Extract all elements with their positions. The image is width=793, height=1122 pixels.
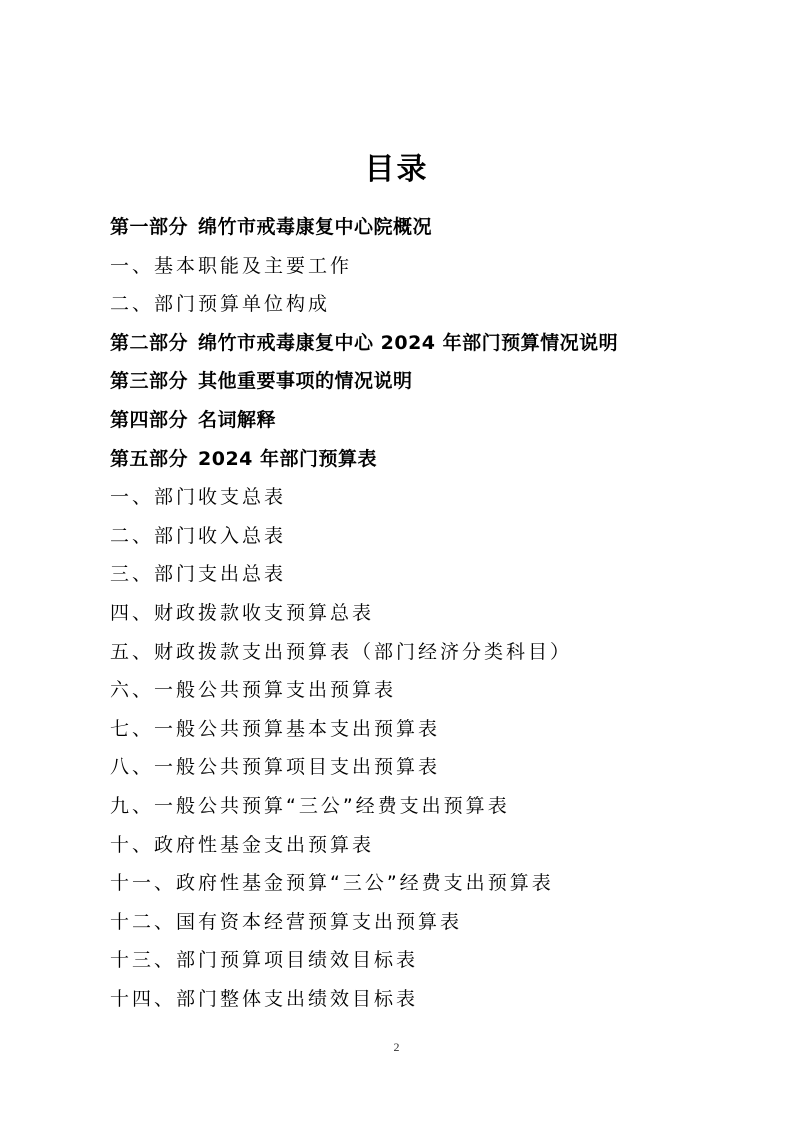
toc-entry-part-5: 第五部分2024 年部门预算表 [110, 440, 730, 479]
toc-part-label: 第三部分 [110, 370, 188, 392]
toc-entry: 二、部门预算单位构成 [110, 285, 730, 324]
toc-entry-text: 2024 年部门预算表 [198, 448, 377, 470]
toc-entry: 六、一般公共预算支出预算表 [110, 671, 730, 710]
table-of-contents: 第一部分绵竹市戒毒康复中心院概况 一、基本职能及主要工作 二、部门预算单位构成 … [110, 208, 730, 1018]
page-number: 2 [0, 1040, 793, 1055]
toc-entry: 八、一般公共预算项目支出预算表 [110, 748, 730, 787]
toc-entry: 十、政府性基金支出预算表 [110, 826, 730, 865]
toc-part-label: 第二部分 [110, 332, 188, 354]
toc-entry: 十三、部门预算项目绩效目标表 [110, 941, 730, 980]
toc-part-label: 第四部分 [110, 409, 188, 431]
toc-entry: 四、财政拨款收支预算总表 [110, 594, 730, 633]
toc-entry: 九、一般公共预算“三公”经费支出预算表 [110, 787, 730, 826]
toc-entry-text: 其他重要事项的情况说明 [198, 370, 413, 392]
toc-entry: 五、财政拨款支出预算表（部门经济分类科目） [110, 633, 730, 672]
toc-entry: 七、一般公共预算基本支出预算表 [110, 710, 730, 749]
toc-entry: 一、基本职能及主要工作 [110, 247, 730, 286]
toc-entry-text: 绵竹市戒毒康复中心院概况 [198, 216, 432, 238]
toc-entry-text: 绵竹市戒毒康复中心 2024 年部门预算情况说明 [198, 332, 618, 354]
toc-part-label: 第五部分 [110, 448, 188, 470]
toc-entry: 三、部门支出总表 [110, 555, 730, 594]
toc-entry-part-1: 第一部分绵竹市戒毒康复中心院概况 [110, 208, 730, 247]
page-title: 目录 [0, 150, 793, 190]
toc-part-label: 第一部分 [110, 216, 188, 238]
toc-entry: 十二、国有资本经营预算支出预算表 [110, 903, 730, 942]
toc-entry-part-4: 第四部分名词解释 [110, 401, 730, 440]
toc-entry: 十一、政府性基金预算“三公”经费支出预算表 [110, 864, 730, 903]
toc-entry-text: 名词解释 [198, 409, 276, 431]
toc-entry: 十四、部门整体支出绩效目标表 [110, 980, 730, 1019]
toc-entry: 一、部门收支总表 [110, 478, 730, 517]
toc-entry: 二、部门收入总表 [110, 517, 730, 556]
toc-entry-part-2: 第二部分绵竹市戒毒康复中心 2024 年部门预算情况说明 [110, 324, 730, 363]
toc-entry-part-3: 第三部分其他重要事项的情况说明 [110, 362, 730, 401]
